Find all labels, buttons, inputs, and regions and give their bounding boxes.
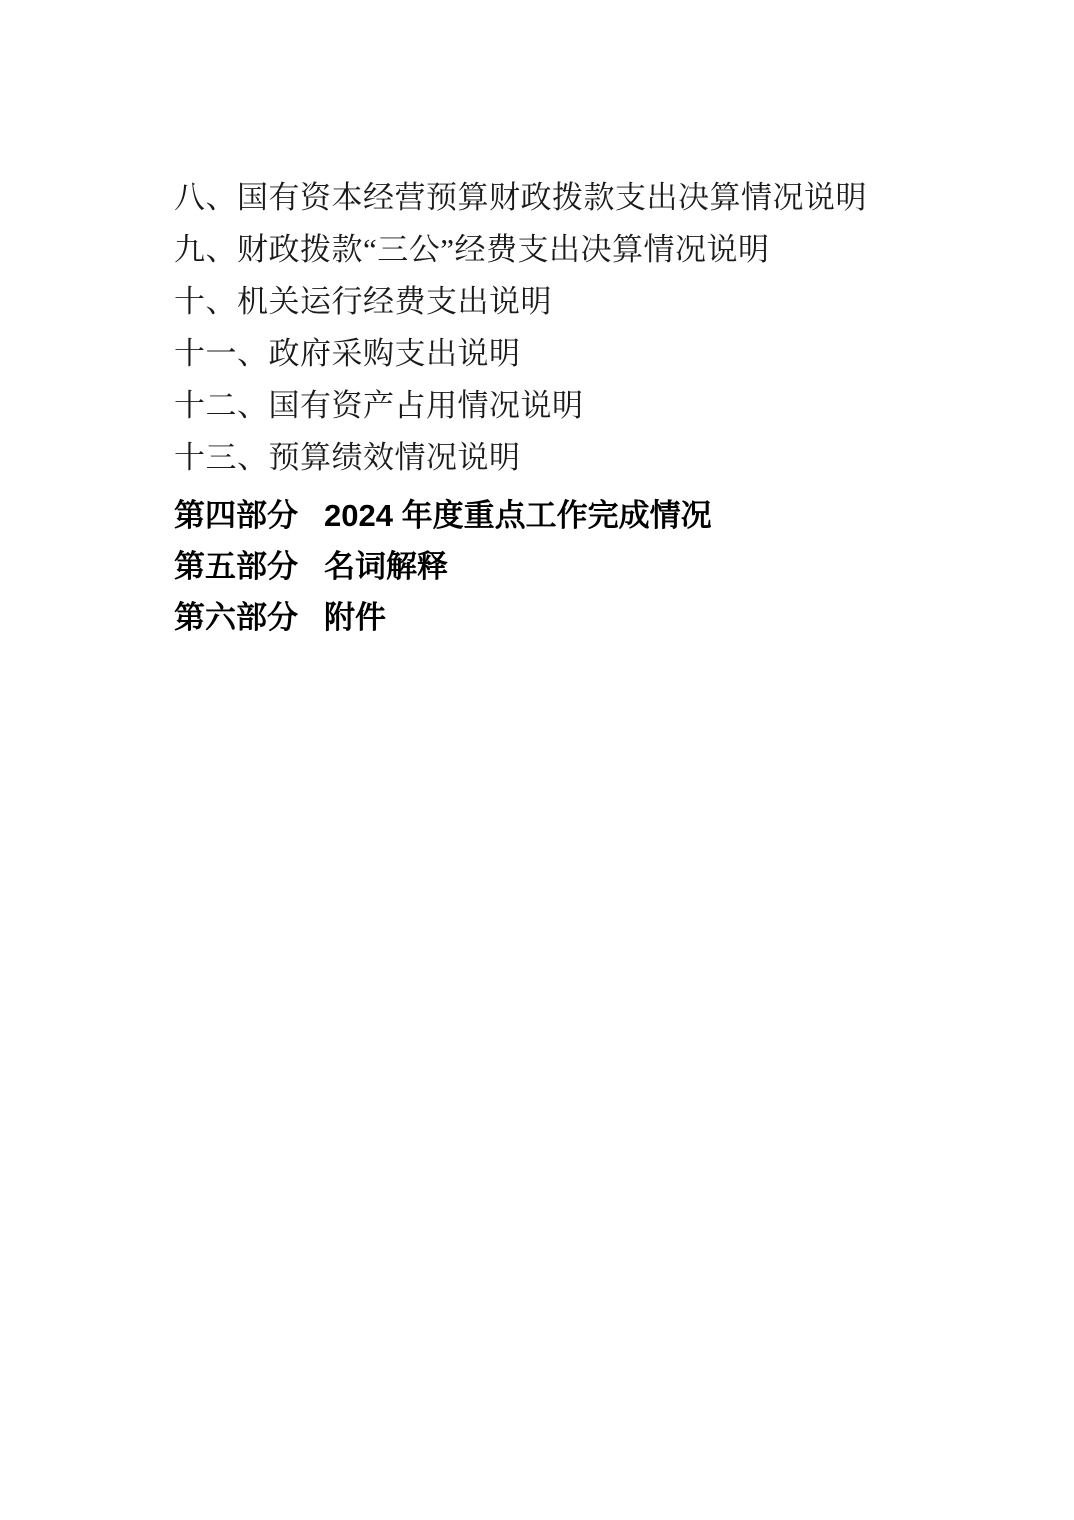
toc-item-11: 十一、政府采购支出说明 [174,328,1014,380]
section-heading-part6: 第六部分附件 [174,592,1014,643]
section-title: 2024 年度重点工作完成情况 [324,490,712,541]
section-title: 名词解释 [324,541,448,592]
toc-item-10: 十、机关运行经费支出说明 [174,276,1014,328]
section-headings: 第四部分2024 年度重点工作完成情况 第五部分名词解释 第六部分附件 [174,490,1014,643]
section-label: 第六部分 [174,600,298,635]
section-title: 附件 [324,592,386,643]
toc-content: 八、国有资本经营预算财政拨款支出决算情况说明 九、财政拨款“三公”经费支出决算情… [174,172,1014,643]
section-label: 第四部分 [174,498,298,533]
section-label: 第五部分 [174,549,298,584]
toc-item-13: 十三、预算绩效情况说明 [174,432,1014,484]
toc-item-9: 九、财政拨款“三公”经费支出决算情况说明 [174,224,1014,276]
section-heading-part4: 第四部分2024 年度重点工作完成情况 [174,490,1014,541]
toc-item-8: 八、国有资本经营预算财政拨款支出决算情况说明 [174,172,1014,224]
section-heading-part5: 第五部分名词解释 [174,541,1014,592]
toc-item-12: 十二、国有资产占用情况说明 [174,380,1014,432]
document-page: 八、国有资本经营预算财政拨款支出决算情况说明 九、财政拨款“三公”经费支出决算情… [0,0,1074,1520]
